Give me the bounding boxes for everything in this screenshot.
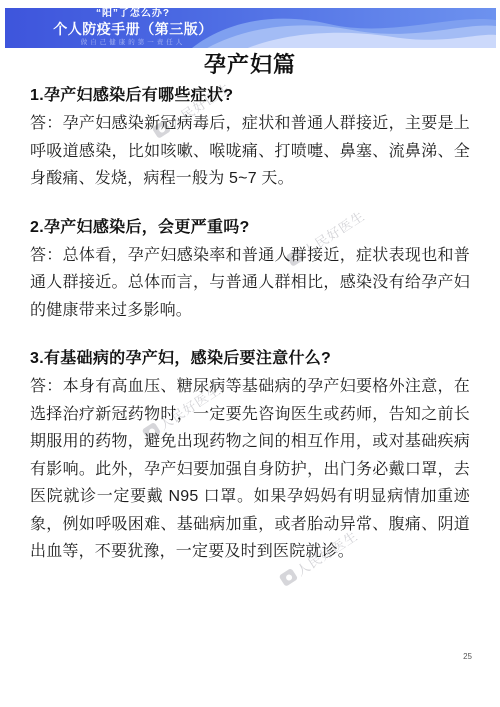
answer-1: 答：孕产妇感染新冠病毒后，症状和普通人群接近，主要是上呼吸道感染，比如咳嗽、喉咙… xyxy=(30,110,470,193)
qa-content: 1.孕产妇感染后有哪些症状? 答：孕产妇感染新冠病毒后，症状和普通人群接近，主要… xyxy=(0,85,500,566)
question-3: 3.有基础病的孕产妇，感染后要注意什么? xyxy=(30,348,470,370)
question-1: 1.孕产妇感染后有哪些症状? xyxy=(30,85,470,107)
document-page: “阳”了怎么办? 个人防疫手册（第三版） 做自己健康的第一责任人 人民好医生 人… xyxy=(0,0,500,707)
banner-text-block: “阳”了怎么办? 个人防疫手册（第三版） 做自己健康的第一责任人 xyxy=(33,8,233,48)
answer-3: 答：本身有高血压、糖尿病等基础病的孕产妇要格外注意，在选择治疗新冠药物时，一定要… xyxy=(30,373,470,566)
banner-subtitle: “阳”了怎么办? xyxy=(96,8,170,21)
banner-slogan: 做自己健康的第一责任人 xyxy=(81,39,186,47)
answer-2: 答：总体看，孕产妇感染率和普通人群接近，症状表现也和普通人群接近。总体而言，与普… xyxy=(30,242,470,325)
page-number: 25 xyxy=(463,652,472,661)
question-2: 2.孕产妇感染后，会更严重吗? xyxy=(30,217,470,239)
camera-logo-icon xyxy=(279,568,299,587)
banner-title: 个人防疫手册（第三版） xyxy=(53,21,213,39)
